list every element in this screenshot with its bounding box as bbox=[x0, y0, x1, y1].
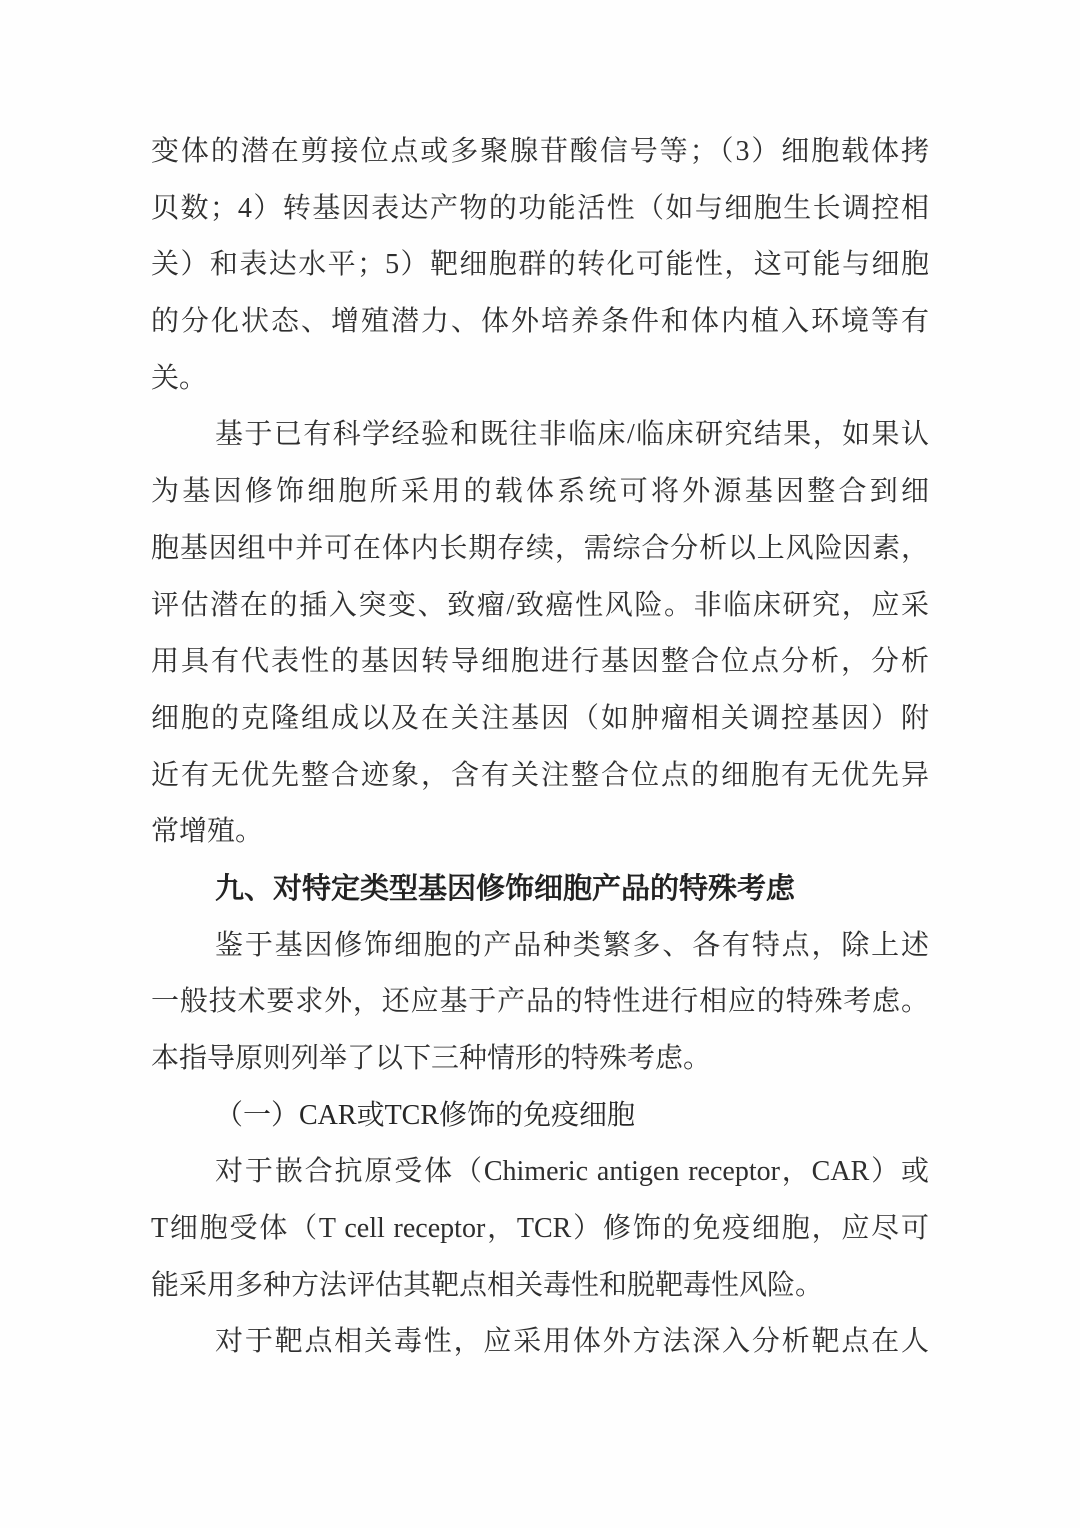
paragraph-line: 鉴于基因修饰细胞的产品种类繁多、各有特点，除上述 bbox=[151, 918, 929, 975]
paragraph-line: 贝数；4）转基因表达产物的功能活性（如与细胞生长调控相 bbox=[151, 181, 929, 238]
paragraph-line: 本指导原则列举了以下三种情形的特殊考虑。 bbox=[151, 1031, 929, 1088]
paragraph-line: 关）和表达水平；5）靶细胞群的转化可能性，这可能与细胞 bbox=[151, 237, 929, 294]
paragraph-line: 对于靶点相关毒性，应采用体外方法深入分析靶点在人 bbox=[151, 1314, 929, 1371]
paragraph-line: 评估潜在的插入突变、致瘤/致癌性风险。非临床研究，应采 bbox=[151, 578, 929, 635]
document-page: 变体的潜在剪接位点或多聚腺苷酸信号等；（3）细胞载体拷 贝数；4）转基因表达产物… bbox=[0, 0, 1080, 1528]
paragraph-line: 胞基因组中并可在体内长期存续，需综合分析以上风险因素， bbox=[151, 521, 929, 578]
paragraph-line: 能采用多种方法评估其靶点相关毒性和脱靶毒性风险。 bbox=[151, 1258, 929, 1315]
paragraph-line: 关。 bbox=[151, 351, 929, 408]
paragraph-line: 近有无优先整合迹象，含有关注整合位点的细胞有无优先异 bbox=[151, 748, 929, 805]
paragraph-line: 的分化状态、增殖潜力、体外培养条件和体内植入环境等有 bbox=[151, 294, 929, 351]
paragraph-line: 用具有代表性的基因转导细胞进行基因整合位点分析，分析 bbox=[151, 634, 929, 691]
paragraph-line: 常增殖。 bbox=[151, 804, 929, 861]
section-heading: 九、对特定类型基因修饰细胞产品的特殊考虑 bbox=[151, 861, 929, 918]
paragraph-line: 为基因修饰细胞所采用的载体系统可将外源基因整合到细 bbox=[151, 464, 929, 521]
paragraph-line: T细胞受体（T cell receptor，TCR）修饰的免疫细胞，应尽可 bbox=[151, 1201, 929, 1258]
paragraph-line: 一般技术要求外，还应基于产品的特性进行相应的特殊考虑。 bbox=[151, 974, 929, 1031]
paragraph-line: 变体的潜在剪接位点或多聚腺苷酸信号等；（3）细胞载体拷 bbox=[151, 124, 929, 181]
document-text-block: 变体的潜在剪接位点或多聚腺苷酸信号等；（3）细胞载体拷 贝数；4）转基因表达产物… bbox=[151, 124, 929, 1371]
paragraph-line: 对于嵌合抗原受体（Chimeric antigen receptor，CAR）或 bbox=[151, 1144, 929, 1201]
subsection-heading: （一）CAR或TCR修饰的免疫细胞 bbox=[151, 1088, 929, 1145]
paragraph-line: 基于已有科学经验和既往非临床/临床研究结果，如果认 bbox=[151, 407, 929, 464]
paragraph-line: 细胞的克隆组成以及在关注基因（如肿瘤相关调控基因）附 bbox=[151, 691, 929, 748]
